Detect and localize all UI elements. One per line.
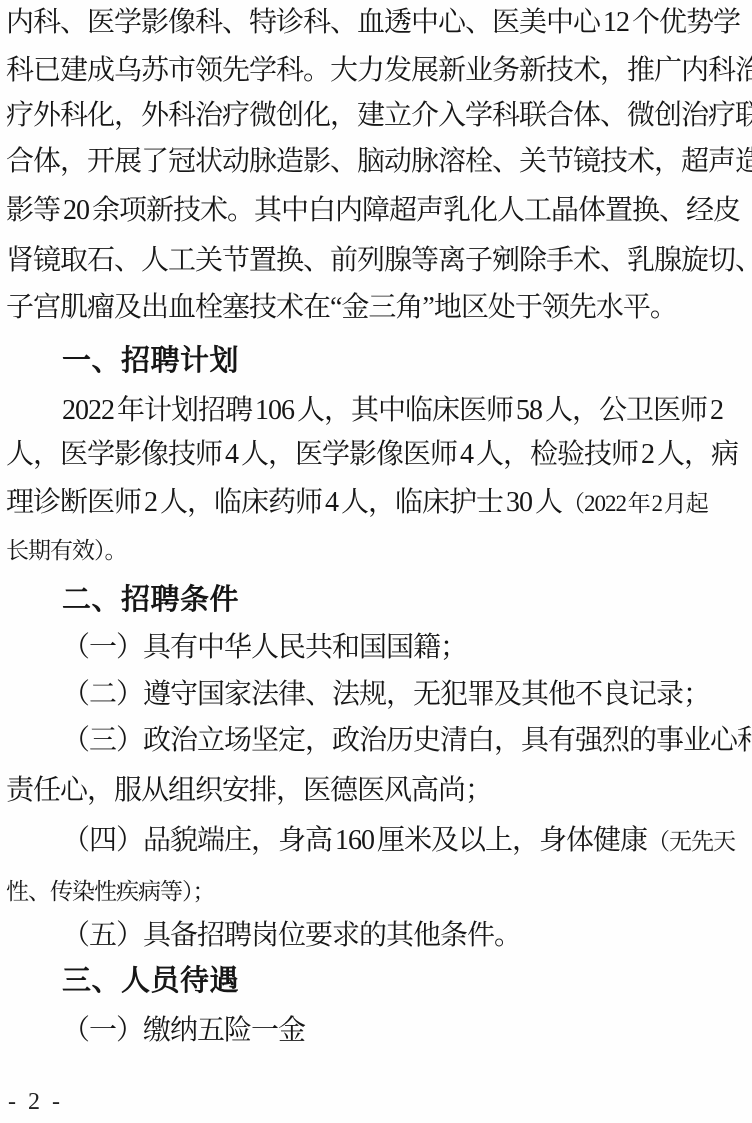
body-line: 肾镜取石、人工关节置换、前列腺等离子剜除手术、乳腺旋切、 [6, 244, 748, 278]
body-line: 人，医学影像技师 4 人，医学影像医师 4 人，检验技师 2 人，病 [6, 438, 748, 472]
section-heading-recruit-plan: 一、招聘计划 [6, 344, 748, 378]
body-line: 影等 20 余项新技术。其中白内障超声乳化人工晶体置换、经皮 [6, 194, 748, 228]
document-page: 内科、医学影像科、特诊科、血透中心、医美中心 12 个优势学 科已建成乌苏市领先… [0, 0, 752, 1123]
body-line: 疗外科化，外科治疗微创化，建立介入学科联合体、微创治疗联 [6, 99, 748, 133]
body-line: （二）遵守国家法律、法规，无犯罪及其他不良记录； [6, 678, 748, 712]
body-line: （五）具备招聘岗位要求的其他条件。 [6, 919, 748, 953]
body-line: 责任心，服从组织安排，医德医风高尚； [6, 774, 748, 808]
line-text: 理诊断医师 2 人，临床药师 4 人，临床护士 30 人 [6, 487, 562, 518]
body-line: 合体，开展了冠状动脉造影、脑动脉溶栓、关节镜技术，超声造 [6, 145, 748, 179]
body-line: （三）政治立场坚定，政治历史清白，具有强烈的事业心和 [6, 724, 748, 758]
body-line: 内科、医学影像科、特诊科、血透中心、医美中心 12 个优势学 [6, 6, 748, 40]
body-line: 科已建成乌苏市领先学科。大力发展新业务新技术，推广内科治 [6, 54, 748, 88]
body-line: （四）品貌端庄，身高 160 厘米及以上，身体健康（无先天 [6, 824, 748, 859]
small-annotation-text: （2022 年 2 月起 [562, 491, 708, 516]
body-line: 子宫肌瘤及出血栓塞技术在“金三角”地区处于领先水平。 [6, 291, 748, 325]
small-annotation-text: （无先天 [647, 829, 735, 854]
page-number: - 2 - [8, 1089, 63, 1116]
body-line: 长期有效）。 [6, 533, 748, 568]
body-line: 2022 年计划招聘 106 人，其中临床医师 58 人，公卫医师 2 [6, 394, 748, 428]
line-text: （四）品貌端庄，身高 160 厘米及以上，身体健康 [62, 825, 647, 856]
body-line: 性、传染性疾病等）； [6, 874, 748, 909]
section-heading-staff-benefits: 三、人员待遇 [6, 964, 748, 998]
body-line: 理诊断医师 2 人，临床药师 4 人，临床护士 30 人（2022 年 2 月起 [6, 486, 748, 521]
body-line: （一）具有中华人民共和国国籍； [6, 631, 748, 665]
small-annotation-text: 长期有效）。 [6, 538, 127, 563]
section-heading-recruit-conditions: 二、招聘条件 [6, 583, 748, 617]
body-line: （一）缴纳五险一金 [6, 1014, 748, 1048]
small-annotation-text: 性、传染性疾病等）； [6, 879, 215, 904]
